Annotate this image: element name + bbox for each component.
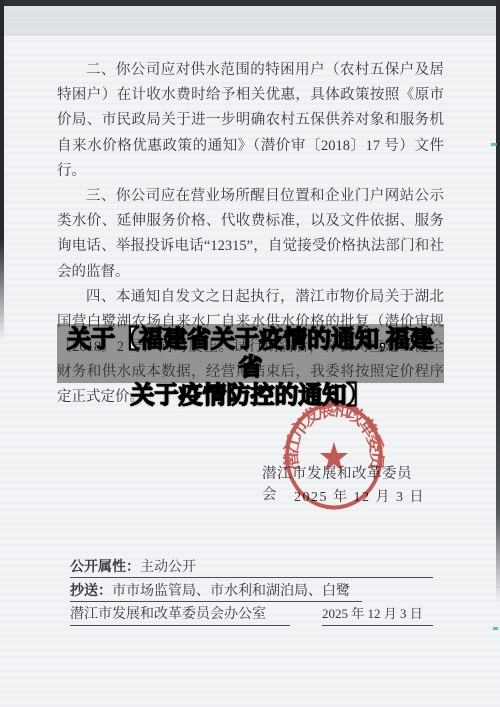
doc-line: 行。 <box>57 159 444 184</box>
scanned-document-page: 二、你公司应对供水范围的特困用户（农村五保户及居民 特困户）在计收水费时给予相关… <box>0 0 500 707</box>
office-name: 潜江市发展和改革委员会办公室 <box>70 607 266 622</box>
star-icon: ★ <box>318 434 351 481</box>
watermark-title-banner[interactable]: 关于【福建省关于疫情的通知,福建省 关于疫情防控的通知】 <box>57 324 444 383</box>
doc-line: 询电话、举报投诉电话“12315”，自觉接受价格执法部门和社 <box>57 234 444 259</box>
doc-line: 三、你公司应在营业场所醒目位置和企业门户网站公示各 <box>57 184 444 209</box>
banner-title-line2: 关于疫情防控的通知】 <box>57 382 444 410</box>
cc-label: 抄送： <box>70 584 112 599</box>
doc-line: 价局、市民政局关于进一步明确农村五保供养对象和服务机构 <box>57 108 444 133</box>
scan-artifact-mark <box>491 143 497 146</box>
scan-edge-right <box>496 0 500 602</box>
official-seal: 潜江市发展和改革委员会 ★ <box>283 400 385 512</box>
publicity-label: 公开属性： <box>70 560 140 575</box>
scan-artifact-mark <box>493 627 498 630</box>
scan-edge-left <box>0 0 4 340</box>
footer-office: 潜江市发展和改革委员会办公室 <box>70 603 290 626</box>
footer-publicity-row: 公开属性：主动公开 <box>70 556 433 578</box>
doc-line: 四、本通知自发文之日起执行，潜江市物价局关于湖北省 <box>57 285 444 310</box>
publicity-value: 主动公开 <box>140 560 196 575</box>
scan-shade-band <box>0 6 500 36</box>
footer-print-date: 2025 年 12 月 3 日印发 <box>322 603 433 626</box>
print-date-value: 2025 年 12 月 3 日印发 <box>322 606 423 626</box>
doc-line: 二、你公司应对供水范围的特困用户（农村五保户及居民 <box>57 58 444 83</box>
doc-line: 类水价、延伸服务价格、代收费标准，以及文件依据、服务咨 <box>57 209 444 234</box>
banner-title-line1: 关于【福建省关于疫情的通知,福建省 <box>57 326 444 382</box>
doc-line: 会的监督。 <box>57 260 444 285</box>
cc-value: 市市场监管局、市水利和湖泊局、白鹭湖管理区。 <box>70 584 350 602</box>
doc-line: 特困户）在计收水费时给予相关优惠，具体政策按照《原市物 <box>57 83 444 108</box>
doc-line: 自来水价格优惠政策的通知》（潜价审〔2018〕17 号）文件执 <box>57 134 444 159</box>
footer-cc-row: 抄送：市市场监管局、市水利和湖泊局、白鹭湖管理区。 <box>70 580 362 602</box>
